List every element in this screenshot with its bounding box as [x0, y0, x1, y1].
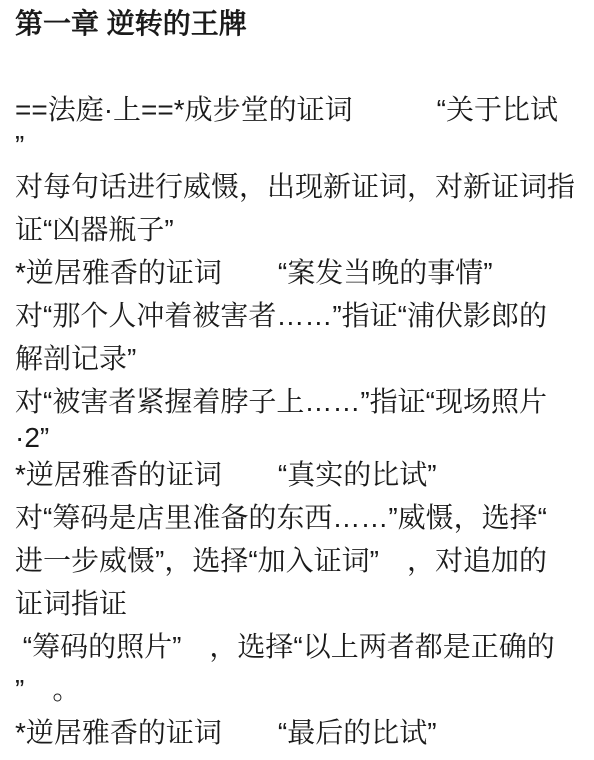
- text-line: 解剖记录”: [15, 337, 580, 380]
- text-line: 对“筹码是店里准备的东西……”威慑，选择“: [15, 496, 580, 539]
- text-line: 证“凶器瓶子”: [15, 208, 580, 251]
- courtroom-testimony-heading-paragraph: ==法庭·上==*成步堂的证词 “关于比试”: [15, 88, 580, 161]
- text-line: ” 。: [15, 668, 580, 711]
- chapter-title: 第一章 逆转的王牌: [15, 2, 580, 46]
- text-line: ·2”: [15, 423, 580, 453]
- text-line: *逆居雅香的证词 “真实的比试”: [15, 453, 580, 496]
- walkthrough-document: 第一章 逆转的王牌 ==法庭·上==*成步堂的证词 “关于比试” 对每句话进行威…: [0, 0, 594, 760]
- text-line: 进一步威慑”，选择“加入证词” ，对追加的: [15, 539, 580, 582]
- text-line: “筹码的照片” ，选择“以上两者都是正确的: [15, 625, 580, 668]
- text-line: 证词指证: [15, 582, 580, 625]
- text-line: 对“被害者紧握着脖子上……”指证“现场照片: [15, 380, 580, 423]
- text-line: 对“那个人冲着被害者……”指证“浦伏影郎的: [15, 294, 580, 337]
- text-line: *逆居雅香的证词 “案发当晚的事情”: [15, 251, 580, 294]
- text-line: 对每句话进行威慑，出现新证词，对新证词指: [15, 165, 580, 208]
- text-line: ”: [15, 131, 580, 161]
- testimony-steps-paragraph: 对每句话进行威慑，出现新证词，对新证词指证“凶器瓶子”*逆居雅香的证词 “案发当…: [15, 165, 580, 754]
- text-line: *逆居雅香的证词 “最后的比试”: [15, 711, 580, 754]
- text-line: ==法庭·上==*成步堂的证词 “关于比试: [15, 88, 580, 131]
